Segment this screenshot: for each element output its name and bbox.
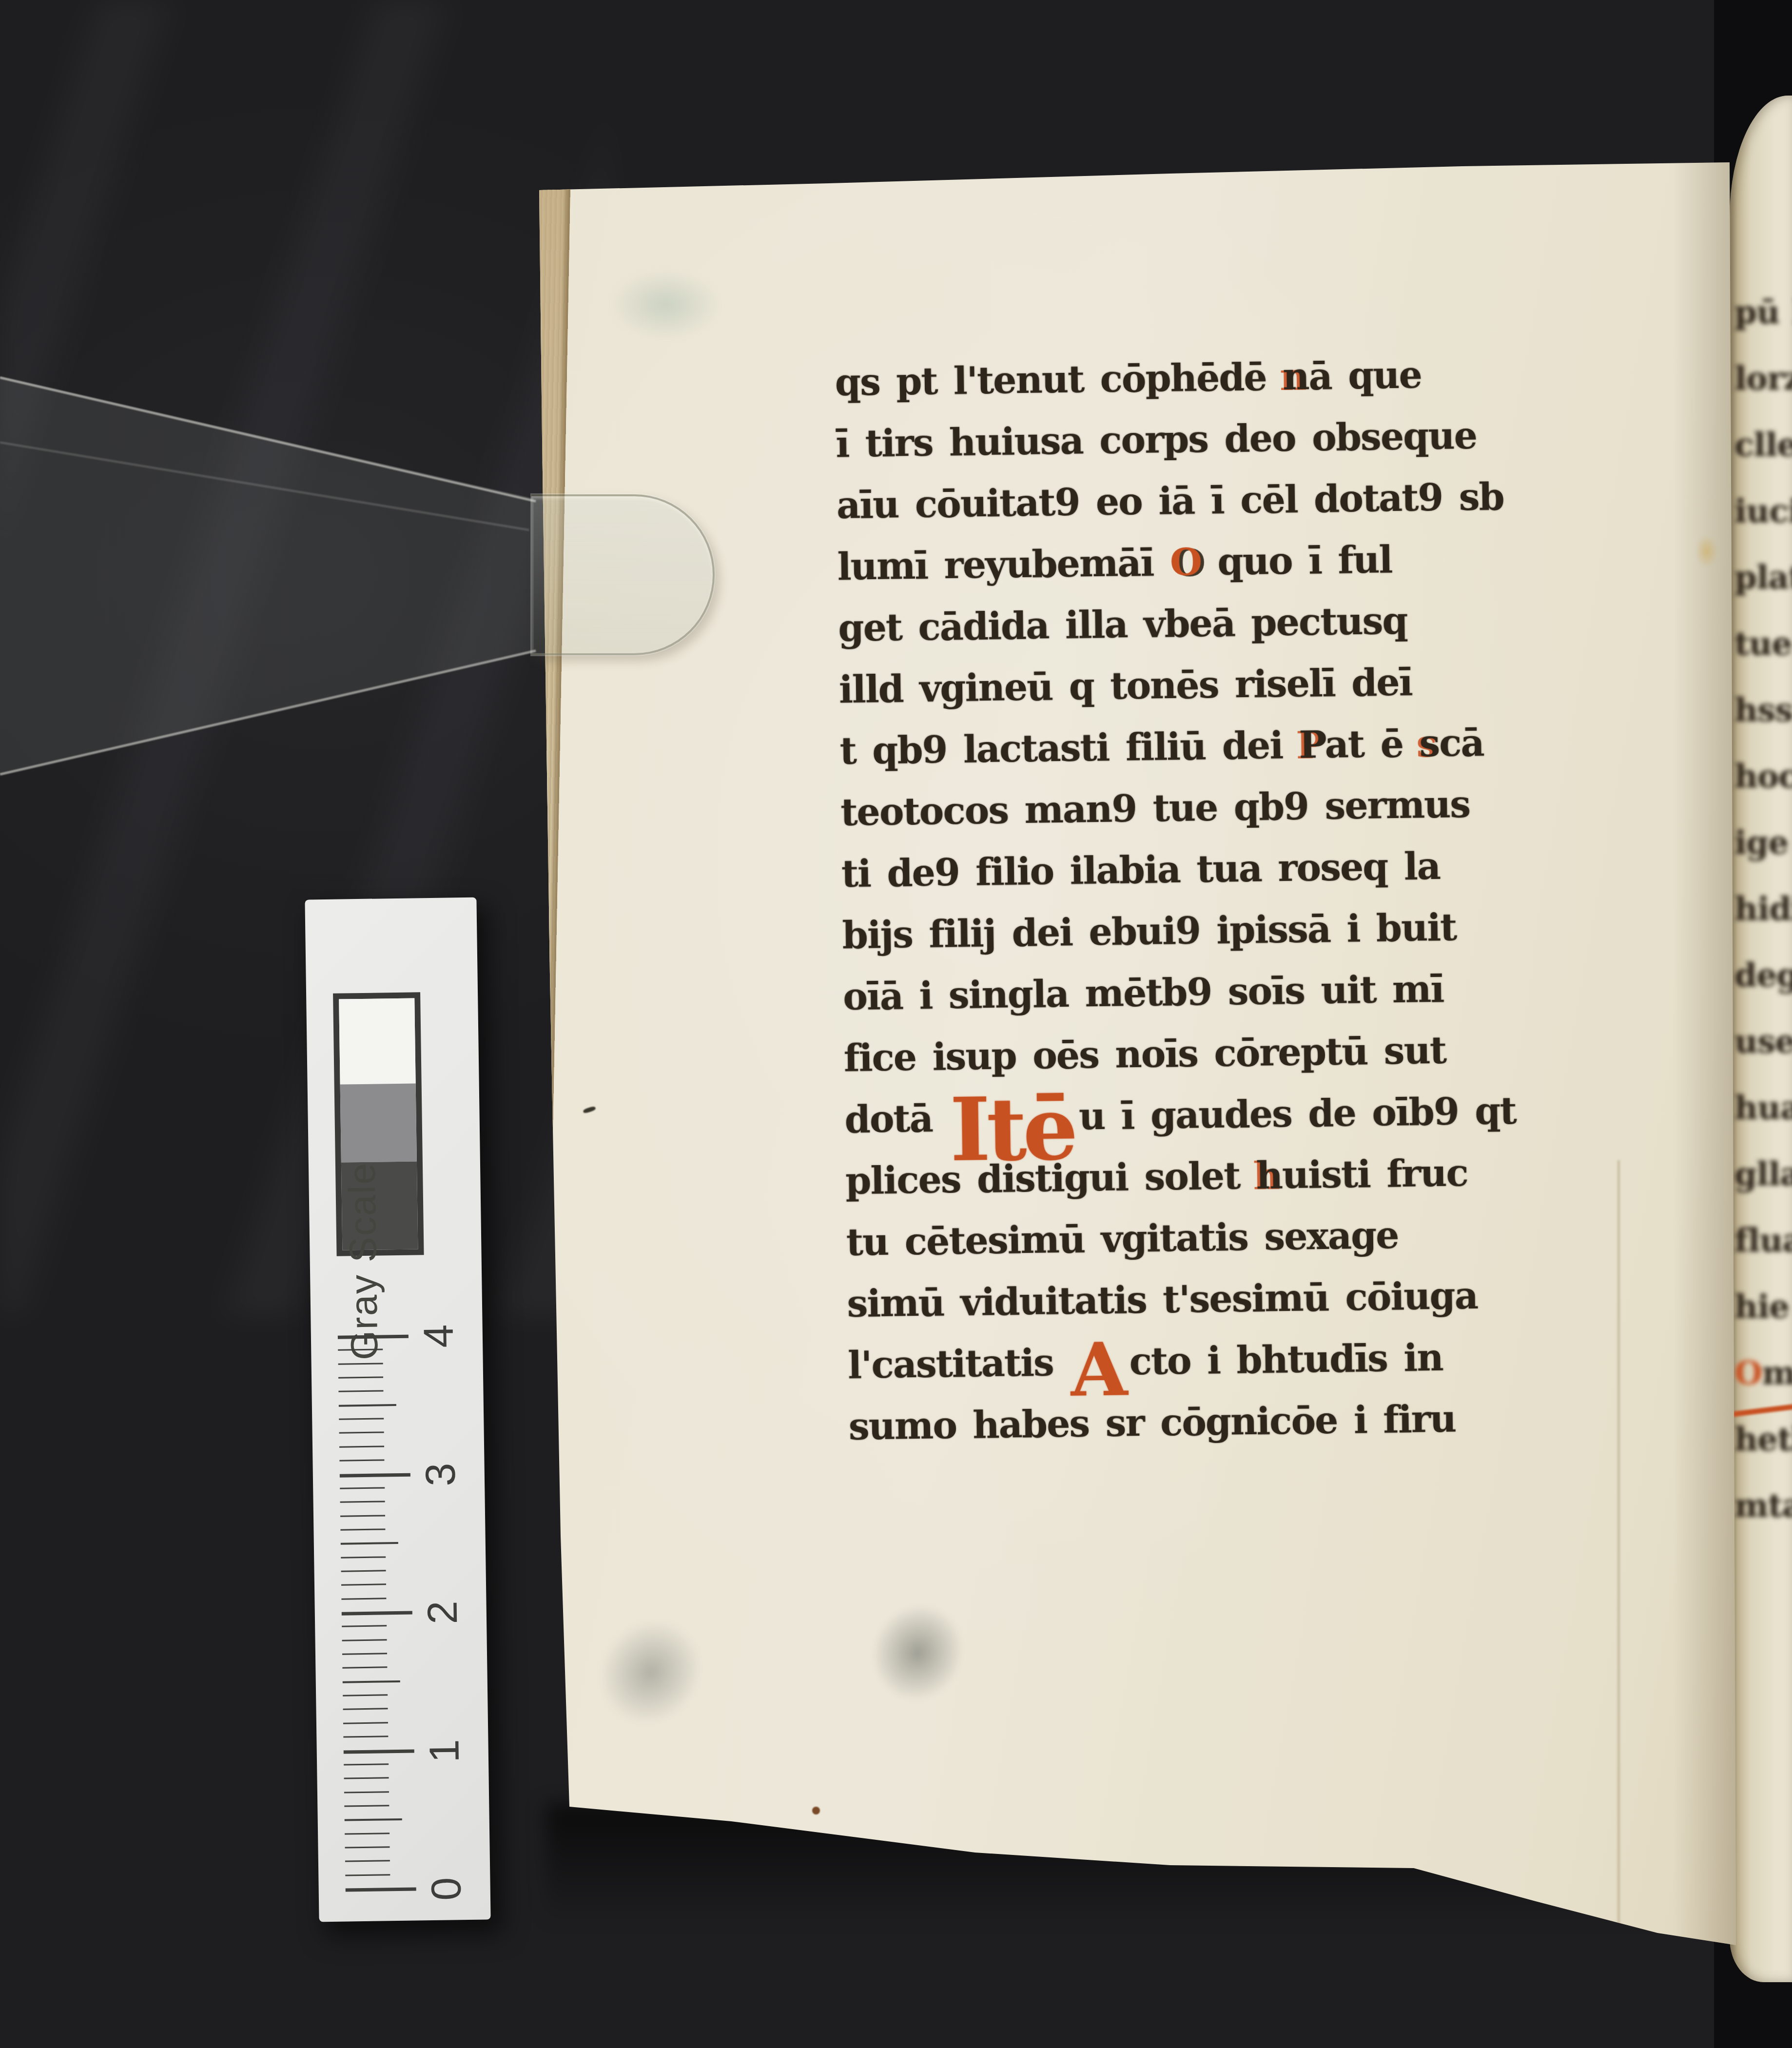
text-segment: plices distigui solet <box>845 1154 1257 1203</box>
ruler-tick-mm <box>342 1639 387 1641</box>
facing-page-edge: pū laudlorz eū Icllem ociucito Pplatu du… <box>1730 96 1792 1982</box>
text-segment: quo ī ful <box>1201 538 1392 584</box>
ruler-tick-cm <box>344 1749 414 1754</box>
ruler-tick-half <box>341 1542 398 1545</box>
ruler-tick-mm <box>345 1874 390 1876</box>
ruler-number: 0 <box>422 1864 471 1913</box>
manuscript-line: bijs filij dei ebui9 ipissā i buit <box>842 895 1574 966</box>
text-segment: tue se se ad <box>1734 624 1792 663</box>
ruler-tick-mm <box>338 1349 383 1351</box>
manuscript-line: ī tirs huiusa corps deo obseque <box>836 404 1568 475</box>
manuscript-line: teotocos man9 tue qb9 sermus <box>840 772 1573 843</box>
ruler-tick-mm <box>341 1584 386 1586</box>
manuscript-line: sumo habes sr cōgnicōe i firu <box>848 1386 1580 1458</box>
facing-page-line: flua coie s <box>1734 1207 1792 1273</box>
text-segment: t qb9 lactasti filiū dei <box>839 723 1299 773</box>
facing-page-line: hoc se i d <box>1734 743 1792 809</box>
text-segment: gllauf ing <box>1734 1155 1792 1193</box>
facing-page-text: pū laudlorz eū Icllem ociucito Pplatu du… <box>1734 96 1792 1539</box>
manuscript-line: plices distigui solet huisti fruc <box>845 1141 1577 1212</box>
facing-page-line: gllauf ing <box>1734 1141 1792 1207</box>
ruler-tick-mm <box>344 1777 389 1779</box>
text-segment: l'castitatis <box>848 1341 1070 1387</box>
manuscript-line: t qb9 lactasti filiū dei Pat ē scā <box>839 711 1572 782</box>
text-segment: hie i feu <box>1734 1287 1792 1326</box>
text-segment: pū laud <box>1734 293 1792 331</box>
text-segment: qs pt l'tenut cōphēdē <box>835 355 1283 404</box>
ruler-tick-mm <box>339 1445 384 1447</box>
manuscript-line: ti de9 filio ilabia tua roseq la <box>841 834 1573 905</box>
text-segment: s <box>1419 722 1440 765</box>
text-segment: lumī reyubemāī <box>837 541 1170 588</box>
text-segment: dotā <box>844 1096 949 1141</box>
manuscript-line: qs pt l'tenut cōphēdē nā que <box>835 342 1567 413</box>
text-segment: degt u bur <box>1734 956 1792 994</box>
facing-page-line: hie i feu <box>1734 1273 1792 1340</box>
facing-page-line: hidie de <box>1734 876 1792 942</box>
text-segment: fice isup oēs noīs cōreptū sut <box>843 1029 1446 1080</box>
text-segment: platu dug <box>1734 558 1792 596</box>
rubric-segment: O <box>1734 1354 1762 1392</box>
text-segment: P <box>1299 723 1325 767</box>
text-segment: uisti fruc <box>1282 1151 1468 1197</box>
facing-page-line: cllem oc <box>1734 411 1792 478</box>
facing-page-line: lorz eū I <box>1734 345 1792 411</box>
ruler-tick-mm <box>344 1791 389 1793</box>
stain-foxing-spot <box>1695 535 1718 567</box>
manuscript-text-block: qs pt l'tenut cōphēdē nā queī tirs huius… <box>835 342 1580 1457</box>
facing-page-line: iucito P <box>1734 478 1792 544</box>
page-crease-line <box>1617 1160 1620 1940</box>
facing-page-line: degt u bur <box>1734 942 1792 1008</box>
gray-scale-ruler: 43210 <box>311 1334 490 1902</box>
manuscript-line: tu cētesimū vgitatis sexage <box>846 1202 1578 1273</box>
ruler-tick-half <box>343 1680 400 1683</box>
facing-page-line: Omaia de <box>1734 1340 1792 1406</box>
ruler-tick-mm <box>341 1598 386 1599</box>
ruler-tick-mm <box>342 1625 387 1627</box>
ruler-tick-mm <box>342 1667 387 1669</box>
ruler-number: 2 <box>418 1588 467 1637</box>
manuscript-line: illd vgineū q tonēs riselī deī <box>838 649 1571 721</box>
text-segment: ige ite <box>1734 823 1792 861</box>
text-segment: ī tirs huiusa corps deo obseque <box>836 414 1477 466</box>
ruler-tick-mm <box>338 1363 383 1365</box>
manuscript-line: oīā i singla mētb9 soīs uit mī <box>842 956 1575 1028</box>
ruler-tick-mm <box>338 1376 383 1378</box>
facing-page-line: hua gela i <box>1734 1074 1792 1141</box>
ruler-tick-mm <box>341 1556 386 1558</box>
ruler-tick-mm <box>343 1708 388 1710</box>
text-segment: flua coie <box>1734 1221 1792 1259</box>
ruler-number: 4 <box>414 1311 463 1361</box>
text-segment: hss te fe oc <box>1734 691 1792 729</box>
facing-page-line: hetba tua <box>1734 1406 1792 1472</box>
text-segment: cto i bhtudīs in <box>1129 1336 1443 1383</box>
text-segment: hoc se i d <box>1734 757 1792 795</box>
text-segment: get cādida illa vbeā pectusq <box>838 599 1407 650</box>
ruler-tick-mm <box>339 1460 384 1462</box>
text-segment: hetba tua <box>1734 1420 1792 1458</box>
stain-ink-fleck <box>583 1106 596 1114</box>
text-segment: bijs filij dei ebui9 ipissā i buit <box>842 905 1457 956</box>
ruler-tick-mm <box>344 1763 389 1765</box>
ruler-tick-mm <box>345 1860 390 1862</box>
text-segment: use x cluse <box>1734 1022 1792 1060</box>
ruler-tick-mm <box>342 1653 387 1655</box>
ruler-tick-cm <box>342 1611 412 1616</box>
facing-page-line: mta bud <box>1734 1472 1792 1539</box>
stain-pencil-smudge-2 <box>857 1590 978 1716</box>
text-segment: iucito <box>1734 492 1792 530</box>
ruler-tick-cm <box>340 1473 410 1477</box>
text-segment: lorz eū <box>1734 359 1792 397</box>
ruler-tick-mm <box>340 1487 385 1489</box>
ruler-tick-cm <box>346 1888 416 1892</box>
facing-page-line: pū laud <box>1734 279 1792 345</box>
stain-brown-dot <box>812 1807 820 1814</box>
facing-page-line: hss te fe oc <box>1734 677 1792 743</box>
gutter-shading <box>1673 161 1736 1945</box>
ruler-tick-mm <box>341 1570 386 1572</box>
text-segment: illd vgineū q tonēs riselī deī <box>838 661 1412 711</box>
text-segment: tu cētesimū vgitatis sexage <box>846 1213 1399 1264</box>
photograph-of-manuscript: { "photo": { "background_color": "#1e1e2… <box>0 0 1792 2048</box>
ruler-number: 3 <box>416 1450 465 1499</box>
ruler-tick-mm <box>340 1501 385 1503</box>
text-segment: sumo habes sr cōgnicōe i firu <box>848 1397 1456 1448</box>
manuscript-line: aīu cōuitat9 eo iā ī cēl dotat9 sb <box>836 465 1568 536</box>
text-segment: simū viduitatis t'sesimū cōiuga <box>847 1274 1478 1326</box>
gray-scale-label: Gray Scale <box>339 1131 402 1361</box>
text-segment: u ī gaudes de oīb9 qt <box>1078 1089 1516 1138</box>
ruler-tick-mm <box>340 1515 385 1517</box>
ruler-tick-mm <box>343 1694 388 1696</box>
text-segment: aīu cōuitat9 eo iā ī cēl dotat9 sb <box>837 475 1504 527</box>
ruler-tick-mm <box>345 1833 390 1834</box>
manuscript-line: lumī reyubemāī O quo ī ful <box>837 527 1569 598</box>
rubric-segment: O <box>1169 540 1201 584</box>
manuscript-line: simū viduitatis t'sesimū cōiuga <box>847 1264 1579 1335</box>
text-segment: n <box>1283 354 1309 398</box>
text-segment: maia de <box>1762 1354 1792 1392</box>
holding-strip-tab <box>531 494 715 655</box>
text-segment: at ē <box>1325 722 1420 766</box>
ruler-tick-mm <box>339 1418 384 1420</box>
manuscript-line: get cādida illa vbeā pectusq <box>838 588 1570 659</box>
text-segment: oīā i singla mētb9 soīs uit mī <box>843 967 1444 1018</box>
facing-page-line: use x cluse <box>1734 1008 1792 1074</box>
ruler-tick-mm <box>338 1390 383 1392</box>
ruler-tick-half <box>339 1404 396 1407</box>
text-segment: cā <box>1439 721 1484 765</box>
ruler-tick-mm <box>343 1736 388 1737</box>
ruler-tick-cm <box>338 1335 409 1339</box>
manuscript-line: l'castitatis Acto i bhtudīs in <box>847 1325 1579 1396</box>
text-segment: cllem oc <box>1734 426 1792 464</box>
gray-scale-card: Gray Scale 43210 <box>305 897 490 1922</box>
facing-page-line: platu dug <box>1734 544 1792 610</box>
ruler-tick-mm <box>340 1528 385 1530</box>
patch-band-white <box>339 998 415 1084</box>
text-segment: hidie de <box>1734 890 1792 928</box>
ruler-tick-mm <box>339 1432 384 1434</box>
ruler-tick-half <box>345 1818 402 1821</box>
ruler-tick-mm <box>345 1846 390 1848</box>
stain-pencil-smudge <box>579 1600 722 1744</box>
text-segment: ā que <box>1308 353 1422 398</box>
text-segment: ti de9 filio ilabia tua roseq la <box>841 844 1440 896</box>
facing-page-line: tue se se ad <box>1734 610 1792 677</box>
text-segment: mta bud <box>1734 1486 1792 1524</box>
facing-page-line: ige ite <box>1734 809 1792 876</box>
text-segment: hua gela <box>1734 1089 1792 1127</box>
stain-green-smudge <box>612 271 719 339</box>
text-segment: teotocos man9 tue qb9 sermus <box>840 782 1470 834</box>
ruler-number: 1 <box>420 1726 469 1775</box>
ruler-tick-mm <box>344 1805 389 1807</box>
text-segment: h <box>1256 1153 1282 1197</box>
manuscript-line: dotā Itēu ī gaudes de oīb9 qt <box>844 1079 1577 1151</box>
ruler-tick-mm <box>343 1722 388 1724</box>
